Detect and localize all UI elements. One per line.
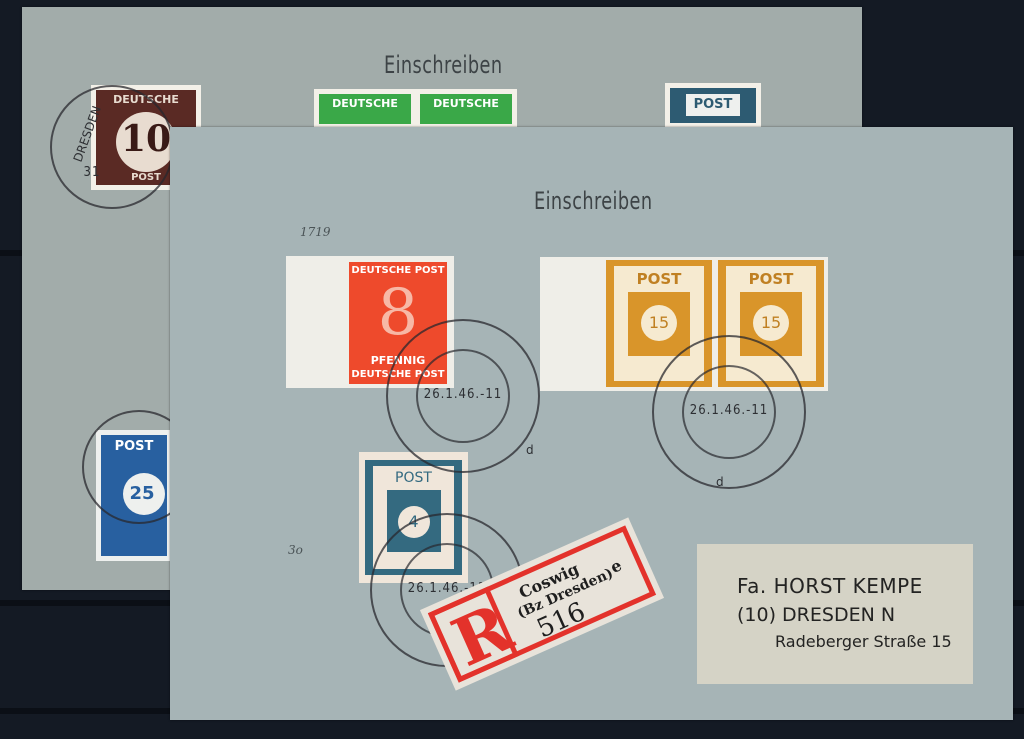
address-street: Radeberger Straße 15 <box>775 632 952 651</box>
address-label: Fa. HORST KEMPE (10) DRESDEN N Radeberge… <box>697 544 973 684</box>
postmark-dresden: DRESDEN 31 <box>50 85 174 209</box>
postmark-coswig: 26.1.46.-11 d <box>386 319 540 473</box>
stamp-blue-post: POST <box>665 83 761 128</box>
pencil-note: 1719 <box>300 225 331 239</box>
einschreiben-handstamp: Einschreiben <box>384 51 502 79</box>
address-city: (10) DRESDEN N <box>737 604 895 626</box>
postmark-coswig: 26.1.46.-11 d <box>652 335 806 489</box>
pencil-note: 3o <box>288 543 303 557</box>
stamp-green-right: DEUTSCHE <box>415 89 517 129</box>
address-name: Fa. HORST KEMPE <box>737 574 923 598</box>
stamp-green-left: DEUTSCHE <box>314 89 416 129</box>
einschreiben-handstamp: Einschreiben <box>534 187 652 215</box>
